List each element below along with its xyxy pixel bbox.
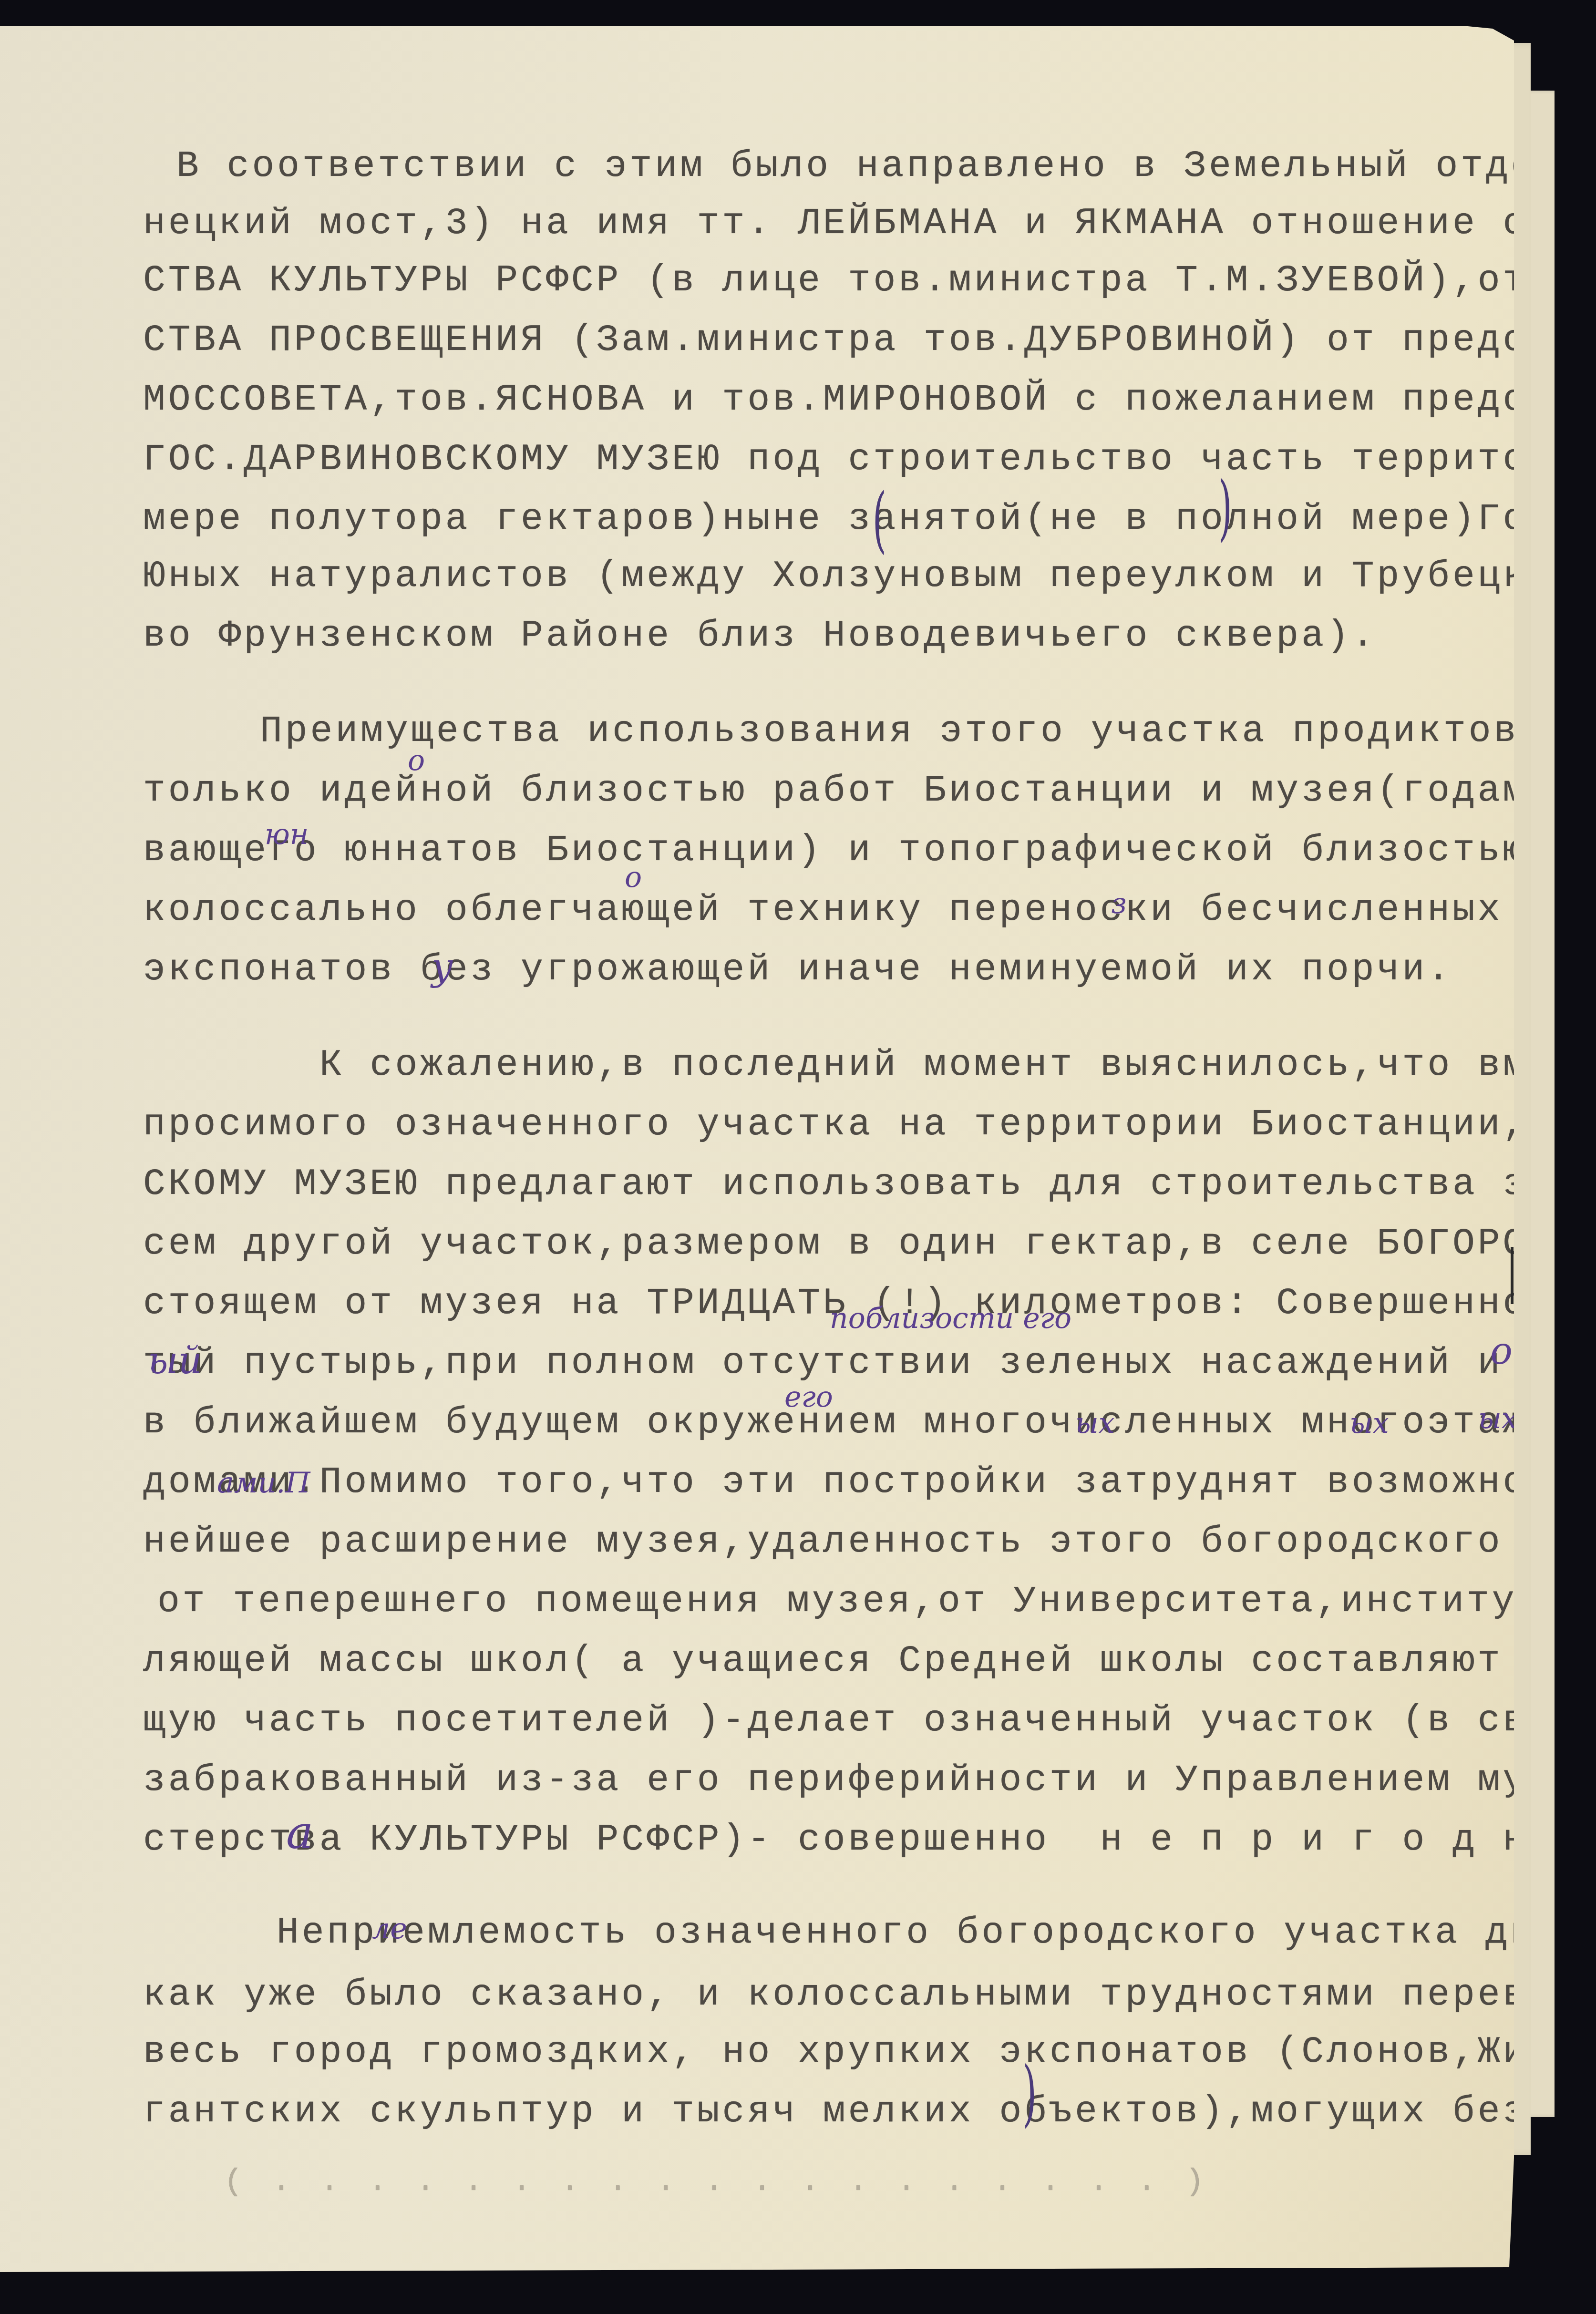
faint-cut-off-line: ( . . . . . . . . . . . . . . . . . . . … xyxy=(224,2167,1210,2198)
handwritten-parenthesis: ) xyxy=(1218,472,1232,544)
text-line: СТВА КУЛЬТУРЫ РСФСР (в лице тов.министра… xyxy=(143,262,1596,299)
handwritten-correction: ый xyxy=(148,1342,202,1379)
text-line: весь город громоздких, но хрупких экспон… xyxy=(143,2034,1596,2071)
handwritten-correction: о xyxy=(625,863,642,892)
text-line: СТВА ПРОСВЕЩЕНИЯ (Зам.министра тов.ДУБРО… xyxy=(143,322,1596,359)
text-line: нецкий мост,3) на имя тт. ЛЕЙБМАНА и ЯКМ… xyxy=(143,205,1596,242)
text-line: забракованный из-за его периферийности и… xyxy=(143,1762,1596,1799)
handwritten-correction: ых xyxy=(1349,1409,1389,1438)
text-line: ГОС.ДАРВИНОВСКОМУ МУЗЕЮ под строительств… xyxy=(143,441,1596,478)
text-line: экспонатов без угрожающей иначе неминуем… xyxy=(143,951,1452,988)
handwritten-correction: у xyxy=(432,949,453,986)
text-line: щую часть посетителей )-делает означенны… xyxy=(143,1702,1596,1739)
margin-mark xyxy=(1511,1247,1514,1304)
text-line: мере полутора гектаров)ныне занятой(не в… xyxy=(143,501,1596,538)
text-line: Неприемлемость означенного богородского … xyxy=(277,1914,1596,1952)
text-line: просимого означенного участка на террито… xyxy=(143,1106,1596,1143)
handwritten-correction: ых xyxy=(1478,1404,1518,1433)
text-line: от теперешнего помещения музея,от Универ… xyxy=(157,1583,1596,1620)
text-line: тый пустырь,при полном отсутствии зелены… xyxy=(143,1345,1596,1382)
text-line: СКОМУ МУЗЕЮ предлагают использовать для … xyxy=(143,1166,1596,1203)
handwritten-correction: юн xyxy=(265,820,309,849)
text-line: домами.Помимо того,что эти постройки зат… xyxy=(143,1464,1596,1501)
text-line: В соответствии с этим было направлено в … xyxy=(176,148,1596,185)
handwritten-insertion: его xyxy=(784,1383,833,1411)
handwritten-correction: ых xyxy=(1075,1409,1115,1438)
handwritten-insertion: поблизости его xyxy=(830,1304,1071,1333)
handwritten-parenthesis: ( xyxy=(873,484,886,555)
text-line: только идейной близостью работ Биостанци… xyxy=(143,772,1596,810)
handwritten-correction: ле xyxy=(372,1914,407,1943)
handwritten-parenthesis: ) xyxy=(1023,2057,1037,2129)
handwritten-correction: о xyxy=(408,746,425,775)
text-line: вающего юннатов Биостанции) и топографич… xyxy=(143,832,1596,869)
text-line: сем другой участок,размером в один гекта… xyxy=(143,1225,1596,1263)
text-line: МОССОВЕТА,тов.ЯСНОВА и тов.МИРОНОВОЙ с п… xyxy=(143,381,1596,419)
handwritten-correction: з xyxy=(1111,889,1127,918)
text-line: нейшее расширение музея,удаленность этог… xyxy=(143,1523,1596,1561)
text-line: колоссально облегчающей технику переноск… xyxy=(143,892,1596,929)
typewritten-text: В соответствии с этим было направлено в … xyxy=(0,26,1514,2272)
text-line: Преимущества использования этого участка… xyxy=(260,713,1596,750)
text-line: гантских скульптур и тысяч мелких объект… xyxy=(143,2093,1596,2130)
handwritten-correction: о xyxy=(1490,1333,1513,1370)
text-line: во Фрунзенском Районе близ Новодевичьего… xyxy=(143,617,1377,655)
text-line: К сожалению,в последний момент выяснилос… xyxy=(319,1047,1596,1084)
text-line: стерства КУЛЬТУРЫ РСФСР)- совершенно н е… xyxy=(143,1821,1596,1859)
text-line: Юных натуралистов (между Холзуновым пере… xyxy=(143,558,1596,595)
handwritten-correction: а xyxy=(286,1810,313,1855)
text-line: ляющей массы школ( а учащиеся Средней шк… xyxy=(143,1643,1596,1680)
text-line: как уже было сказано, и колоссальными тр… xyxy=(143,1976,1596,2014)
handwritten-correction: ами.П xyxy=(217,1469,310,1497)
document-page: В соответствии с этим было направлено в … xyxy=(0,26,1514,2272)
